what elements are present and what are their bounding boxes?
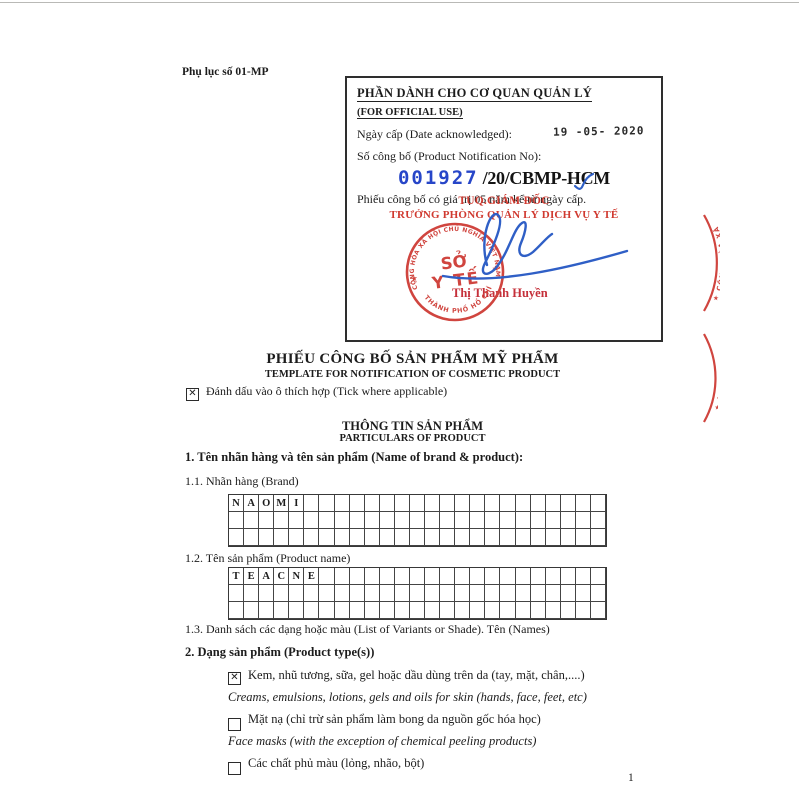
- grid-cell: [591, 568, 606, 585]
- date-acknowledged-row: Ngày cấp (Date acknowledged): 19 -05- 20…: [357, 127, 651, 142]
- tinted-label: Các chất phủ màu (lỏng, nhão, bột): [248, 756, 424, 770]
- tick-note-line: ✕Đánh dấu vào ô thích hợp (Tick where ap…: [186, 384, 447, 401]
- grid-cell: [591, 585, 606, 602]
- grid-cell: [335, 602, 350, 619]
- grid-cell: [380, 568, 395, 585]
- grid-cell: [485, 495, 500, 512]
- grid-cell: [244, 585, 259, 602]
- grid-cell: T: [229, 568, 244, 585]
- grid-cell: [365, 585, 380, 602]
- grid-cell: [485, 602, 500, 619]
- grid-cell: [335, 512, 350, 529]
- notification-number-stamp: 001927: [398, 167, 479, 189]
- grid-cell: [229, 602, 244, 619]
- grid-cell: [365, 495, 380, 512]
- grid-cell: [289, 529, 304, 546]
- grid-cell: [425, 529, 440, 546]
- grid-cell: [410, 529, 425, 546]
- grid-cell: [546, 495, 561, 512]
- grid-cell: [274, 512, 289, 529]
- grid-cell: [561, 585, 576, 602]
- grid-cell: [319, 529, 334, 546]
- grid-cell: [244, 512, 259, 529]
- grid-cell: [425, 602, 440, 619]
- grid-cell: [561, 529, 576, 546]
- creams-label: Kem, nhũ tương, sữa, gel hoặc dầu dùng t…: [248, 668, 585, 682]
- grid-cell: [500, 512, 515, 529]
- grid-cell: [380, 512, 395, 529]
- grid-cell: [304, 602, 319, 619]
- grid-cell: [425, 568, 440, 585]
- grid-cell: N: [289, 568, 304, 585]
- product-name-grid: TEACNE: [228, 567, 607, 620]
- grid-cell: [516, 602, 531, 619]
- grid-cell: [500, 495, 515, 512]
- grid-cell: [289, 585, 304, 602]
- official-box-title-vn: PHẦN DÀNH CHO CƠ QUAN QUẢN LÝ: [357, 84, 651, 102]
- edge-stamp-partial-bottom: ★ M.S.D.N:: [676, 330, 718, 425]
- grid-cell: [319, 585, 334, 602]
- grid-cell: [335, 568, 350, 585]
- grid-cell: [470, 529, 485, 546]
- grid-cell: [425, 512, 440, 529]
- grid-cell: [485, 529, 500, 546]
- grid-cell: [561, 495, 576, 512]
- grid-cell: E: [304, 568, 319, 585]
- grid-cell: [259, 602, 274, 619]
- grid-cell: [440, 529, 455, 546]
- grid-cell: [425, 495, 440, 512]
- grid-cell: [500, 529, 515, 546]
- grid-cell: [455, 585, 470, 602]
- grid-cell: [350, 512, 365, 529]
- grid-cell: [440, 495, 455, 512]
- grid-cell: [380, 602, 395, 619]
- grid-cell: [319, 512, 334, 529]
- grid-cell: [410, 602, 425, 619]
- grid-cell: [380, 495, 395, 512]
- grid-cell: [380, 529, 395, 546]
- tick-note-checkbox: ✕: [186, 388, 199, 401]
- product-type-item-creams: ✕Kem, nhũ tương, sữa, gel hoặc dầu dùng …: [228, 668, 585, 685]
- grid-cell: [244, 529, 259, 546]
- grid-cell: [500, 602, 515, 619]
- section-header-vn: THÔNG TIN SẢN PHẨM: [185, 419, 640, 434]
- tick-note-checkbox-mark: ✕: [188, 389, 196, 399]
- grid-cell: C: [274, 568, 289, 585]
- grid-cell: [531, 568, 546, 585]
- grid-cell: [576, 529, 591, 546]
- grid-cell: [395, 602, 410, 619]
- grid-cell: M: [274, 495, 289, 512]
- grid-cell: [410, 568, 425, 585]
- grid-cell: [304, 529, 319, 546]
- grid-cell: [410, 585, 425, 602]
- grid-cell: [274, 585, 289, 602]
- grid-cell: [440, 568, 455, 585]
- document-title-en: TEMPLATE FOR NOTIFICATION OF COSMETIC PR…: [185, 369, 640, 380]
- section2-heading: 2. Dạng sản phẩm (Product type(s)): [185, 645, 374, 660]
- grid-cell: [304, 585, 319, 602]
- grid-cell: [576, 568, 591, 585]
- grid-cell: [561, 512, 576, 529]
- creams-checkbox-mark: ✕: [230, 673, 238, 683]
- creams-label-en: Creams, emulsions, lotions, gels and oil…: [228, 690, 587, 705]
- grid-cell: [229, 512, 244, 529]
- grid-cell: [516, 512, 531, 529]
- grid-cell: [440, 585, 455, 602]
- grid-cell: [425, 585, 440, 602]
- grid-cell: [576, 495, 591, 512]
- masks-label-en: Face masks (with the exception of chemic…: [228, 734, 536, 749]
- grid-cell: [350, 495, 365, 512]
- scan-edge-line: [0, 2, 799, 3]
- grid-cell: [576, 585, 591, 602]
- grid-cell: E: [244, 568, 259, 585]
- stamp-star-left: ★: [410, 274, 418, 284]
- grid-cell: [259, 512, 274, 529]
- grid-cell: [470, 568, 485, 585]
- official-box-title-en: (FOR OFFICIAL USE): [357, 102, 651, 120]
- grid-cell: [455, 495, 470, 512]
- grid-cell: A: [244, 495, 259, 512]
- grid-cell: [440, 512, 455, 529]
- grid-cell: [319, 568, 334, 585]
- grid-cell: [410, 495, 425, 512]
- grid-cell: [259, 529, 274, 546]
- grid-cell: [516, 495, 531, 512]
- notification-no-label: Số công bố (Product Notification No):: [357, 149, 651, 164]
- product-type-item-tinted: Các chất phủ màu (lỏng, nhão, bột): [228, 756, 424, 775]
- grid-cell: O: [259, 495, 274, 512]
- grid-cell: [546, 512, 561, 529]
- grid-cell: [274, 602, 289, 619]
- grid-cell: [531, 585, 546, 602]
- grid-cell: [591, 495, 606, 512]
- grid-cell: [516, 585, 531, 602]
- grid-cell: [335, 529, 350, 546]
- grid-cell: [546, 585, 561, 602]
- annex-label: Phụ lục số 01-MP: [182, 66, 269, 78]
- brand-label: 1.1. Nhãn hàng (Brand): [185, 474, 299, 489]
- section1-heading: 1. Tên nhãn hàng và tên sản phẩm (Name o…: [185, 450, 523, 465]
- grid-cell: [274, 529, 289, 546]
- grid-cell: [289, 602, 304, 619]
- grid-cell: [455, 512, 470, 529]
- grid-cell: [365, 529, 380, 546]
- grid-cell: [470, 512, 485, 529]
- grid-cell: [350, 602, 365, 619]
- grid-cell: [335, 585, 350, 602]
- grid-cell: [516, 568, 531, 585]
- grid-cell: [350, 568, 365, 585]
- grid-cell: [516, 529, 531, 546]
- grid-cell: [485, 568, 500, 585]
- grid-cell: [365, 602, 380, 619]
- grid-cell: [410, 512, 425, 529]
- grid-cell: A: [259, 568, 274, 585]
- grid-cell: [485, 512, 500, 529]
- grid-cell: [531, 529, 546, 546]
- grid-cell: [229, 585, 244, 602]
- scanned-document-page: Phụ lục số 01-MP PHẦN DÀNH CHO CƠ QUAN Q…: [0, 0, 799, 799]
- grid-cell: [591, 529, 606, 546]
- product-type-item-masks: Mặt nạ (chỉ trừ sản phẩm làm bong da ngu…: [228, 712, 541, 731]
- tinted-checkbox: [228, 762, 241, 775]
- grid-cell: [561, 602, 576, 619]
- section-header-en: PARTICULARS OF PRODUCT: [185, 433, 640, 444]
- grid-cell: [380, 585, 395, 602]
- masks-label: Mặt nạ (chỉ trừ sản phẩm làm bong da ngu…: [248, 712, 541, 726]
- variants-label: 1.3. Danh sách các dạng hoặc màu (List o…: [185, 622, 550, 637]
- grid-cell: [350, 585, 365, 602]
- grid-cell: N: [229, 495, 244, 512]
- grid-cell: [546, 529, 561, 546]
- grid-cell: [289, 512, 304, 529]
- grid-cell: [455, 568, 470, 585]
- date-stamp: 19 -05- 2020: [553, 124, 645, 139]
- signature-ink: [435, 203, 635, 288]
- grid-cell: [395, 568, 410, 585]
- tick-note-text: Đánh dấu vào ô thích hợp (Tick where app…: [206, 384, 447, 398]
- date-acknowledged-label: Ngày cấp (Date acknowledged):: [357, 127, 512, 141]
- masks-checkbox: [228, 718, 241, 731]
- grid-cell: [229, 529, 244, 546]
- grid-cell: [531, 495, 546, 512]
- grid-cell: [304, 495, 319, 512]
- grid-cell: [470, 495, 485, 512]
- grid-cell: [500, 585, 515, 602]
- grid-cell: [244, 602, 259, 619]
- grid-cell: [470, 602, 485, 619]
- grid-cell: [485, 585, 500, 602]
- grid-cell: [259, 585, 274, 602]
- grid-cell: [395, 529, 410, 546]
- creams-checkbox: ✕: [228, 672, 241, 685]
- grid-cell: [335, 495, 350, 512]
- grid-cell: [395, 512, 410, 529]
- grid-cell: [576, 602, 591, 619]
- grid-cell: [546, 602, 561, 619]
- notification-number-line: 001927 /20/CBMP-HCM: [357, 167, 651, 189]
- grid-cell: [470, 585, 485, 602]
- grid-cell: [319, 495, 334, 512]
- document-title-vn: PHIẾU CÔNG BỐ SẢN PHẨM MỸ PHẨM: [185, 351, 640, 368]
- blue-tick-mark: [572, 172, 596, 196]
- grid-cell: [591, 602, 606, 619]
- grid-cell: [576, 512, 591, 529]
- grid-cell: [591, 512, 606, 529]
- grid-cell: [395, 495, 410, 512]
- brand-grid: NAOMI: [228, 494, 607, 547]
- grid-cell: [531, 602, 546, 619]
- product-name-label: 1.2. Tên sản phẩm (Product name): [185, 551, 350, 566]
- grid-cell: [365, 512, 380, 529]
- grid-cell: [531, 512, 546, 529]
- grid-cell: [455, 529, 470, 546]
- page-number: 1: [628, 772, 634, 784]
- grid-cell: [304, 512, 319, 529]
- grid-cell: [395, 585, 410, 602]
- grid-cell: [365, 568, 380, 585]
- grid-cell: [546, 568, 561, 585]
- edge-stamp-partial-top: ★ CỘNG HÒA XÃ: [678, 213, 720, 313]
- grid-cell: [500, 568, 515, 585]
- grid-cell: [561, 568, 576, 585]
- grid-cell: [319, 602, 334, 619]
- grid-cell: [440, 602, 455, 619]
- grid-cell: [455, 602, 470, 619]
- grid-cell: [350, 529, 365, 546]
- grid-cell: I: [289, 495, 304, 512]
